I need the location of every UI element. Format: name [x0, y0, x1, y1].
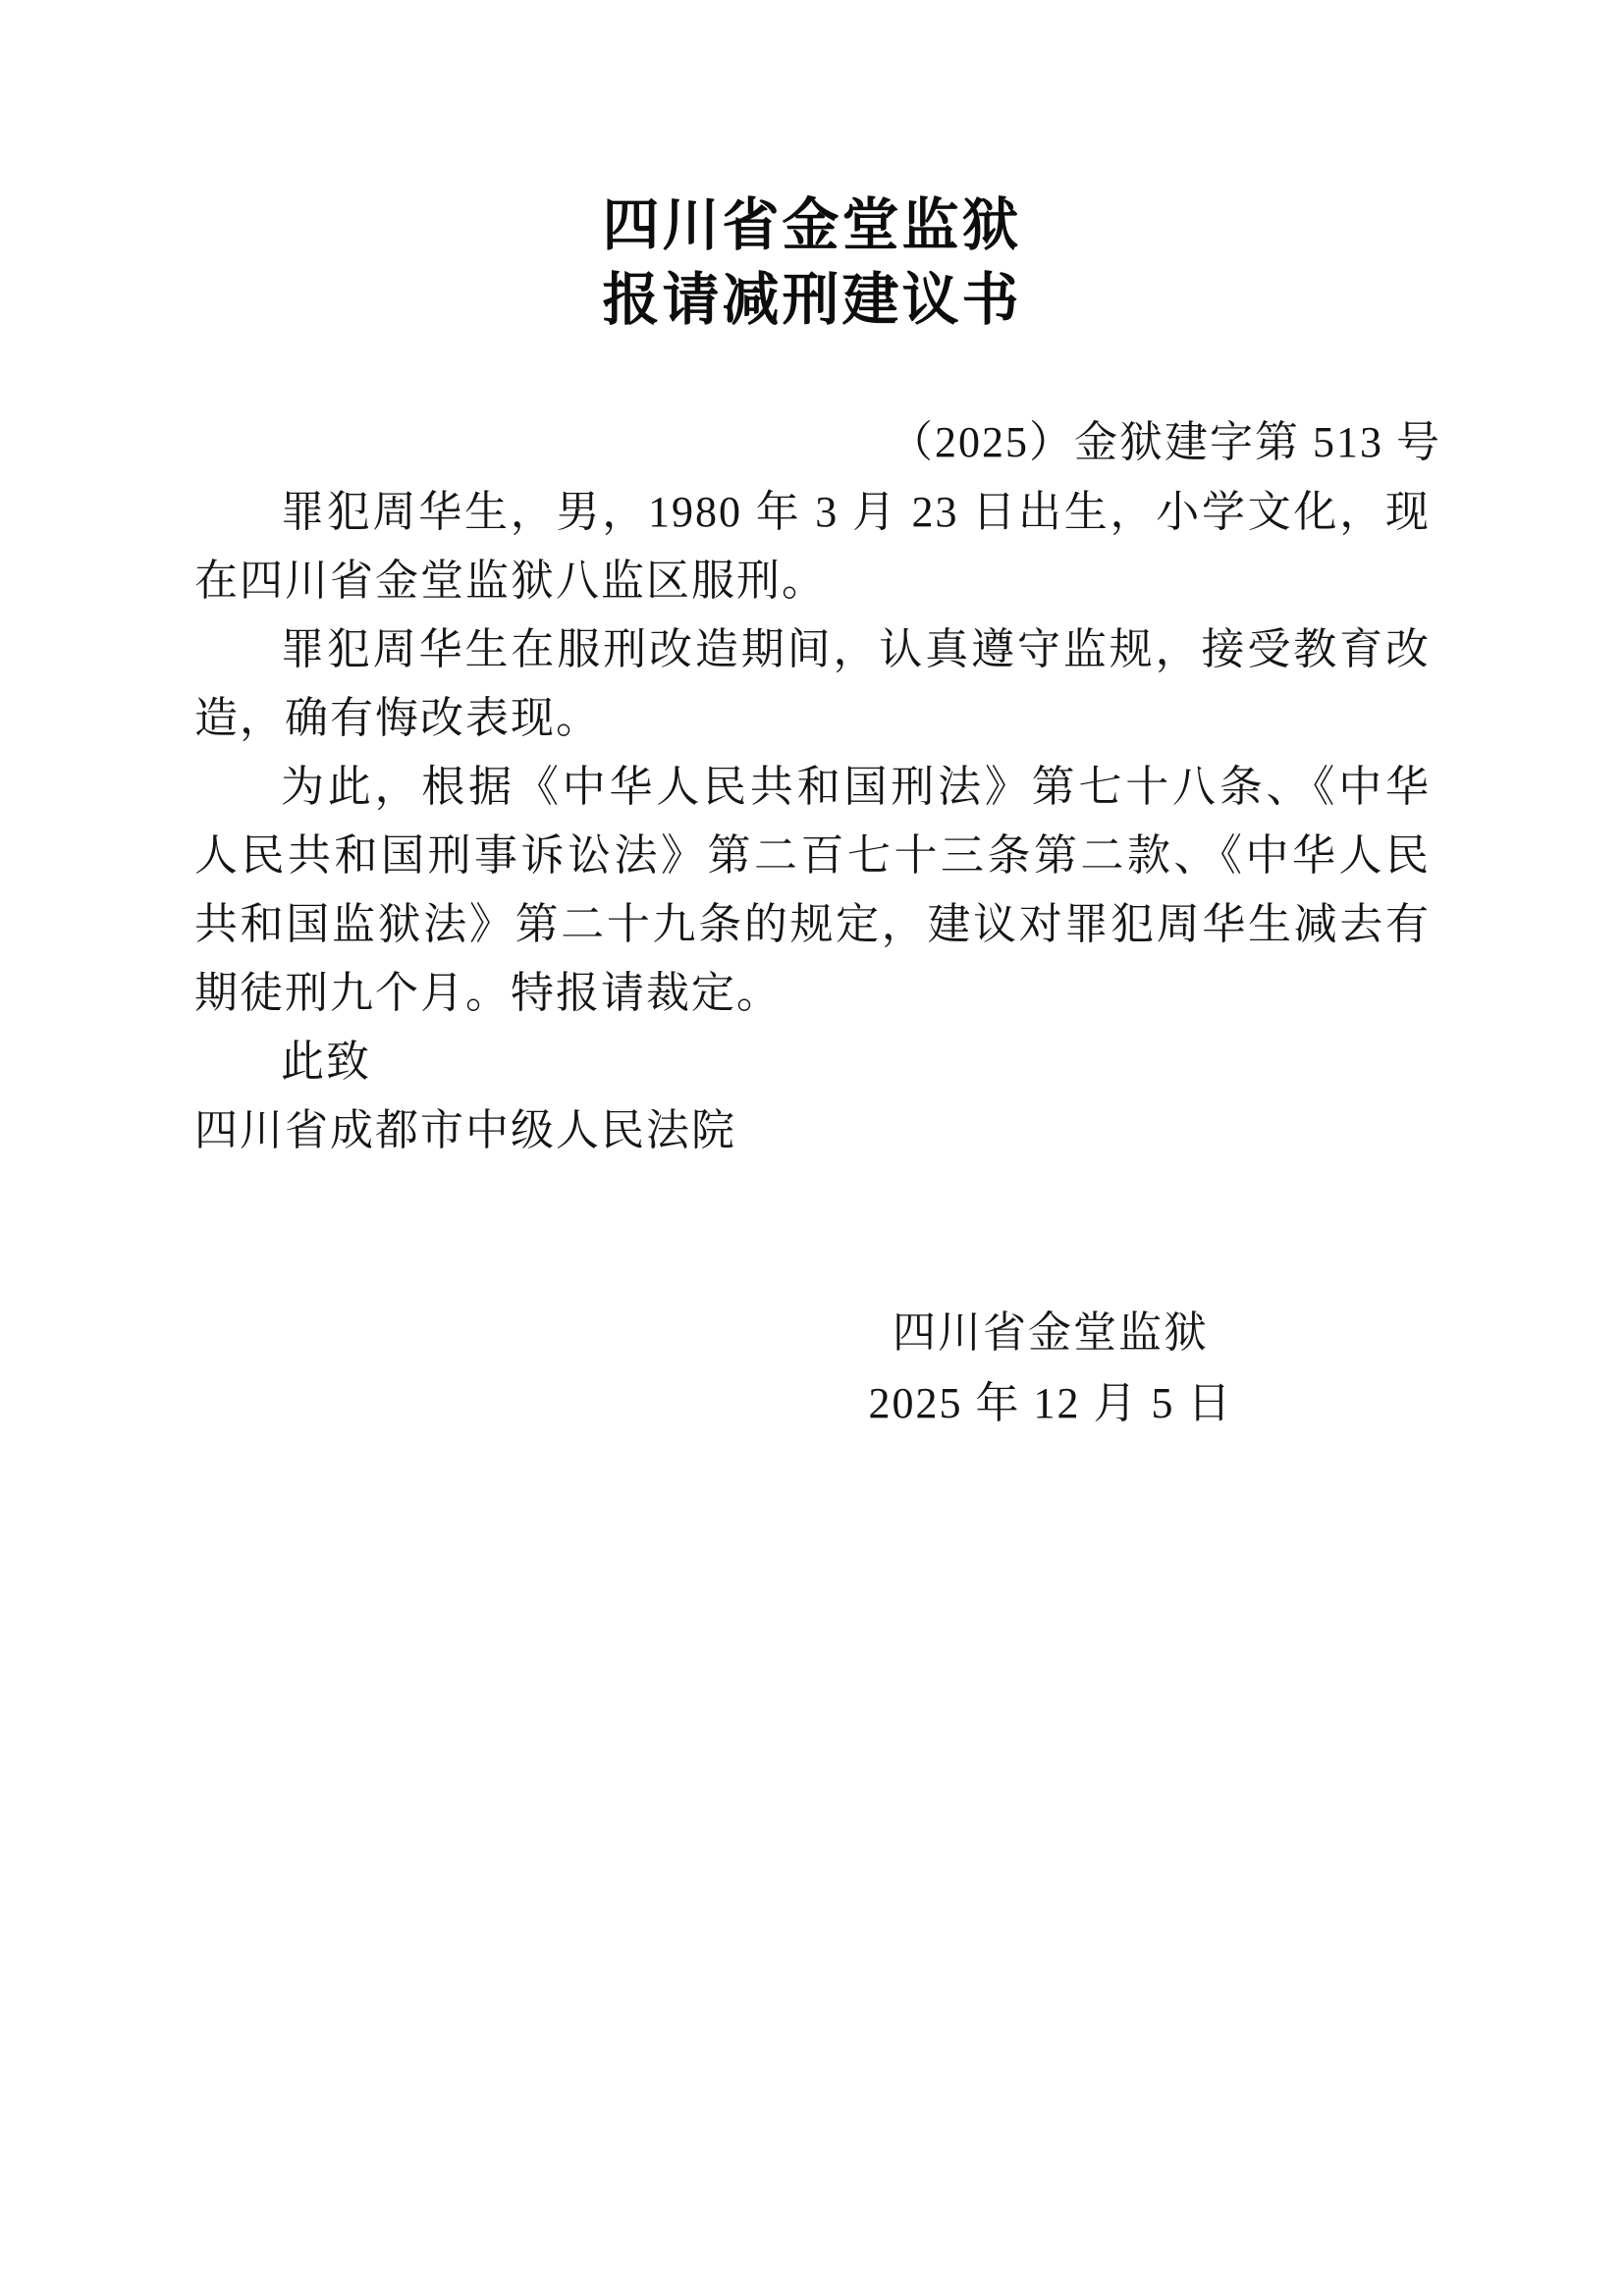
paragraph-behavior: 罪犯周华生在服刑改造期间，认真遵守监规，接受教育改造，确有悔改表现。	[194, 615, 1431, 753]
document-number: （2025）金狱建字第 513 号	[194, 417, 1441, 468]
salutation: 此致	[194, 1028, 1431, 1096]
recipient-court: 四川省成都市中级人民法院	[194, 1096, 1431, 1165]
paragraph-legal-basis: 为此，根据《中华人民共和国刑法》第七十八条、《中华人民共和国刑事诉讼法》第二百七…	[194, 753, 1431, 1028]
signature-organization: 四川省金堂监狱	[805, 1298, 1296, 1368]
signature-date: 2025 年 12 月 5 日	[805, 1368, 1296, 1439]
document-body: 罪犯周华生，男，1980 年 3 月 23 日出生，小学文化，现在四川省金堂监狱…	[194, 478, 1431, 1165]
title-line-org: 四川省金堂监狱	[0, 188, 1624, 263]
signature-block: 四川省金堂监狱 2025 年 12 月 5 日	[805, 1298, 1296, 1439]
document-page: 四川省金堂监狱 报请减刑建议书 （2025）金狱建字第 513 号 罪犯周华生，…	[0, 0, 1624, 2296]
title-line-type: 报请减刑建议书	[0, 263, 1624, 338]
document-title: 四川省金堂监狱 报请减刑建议书	[0, 188, 1624, 338]
paragraph-offender-info: 罪犯周华生，男，1980 年 3 月 23 日出生，小学文化，现在四川省金堂监狱…	[194, 478, 1431, 615]
